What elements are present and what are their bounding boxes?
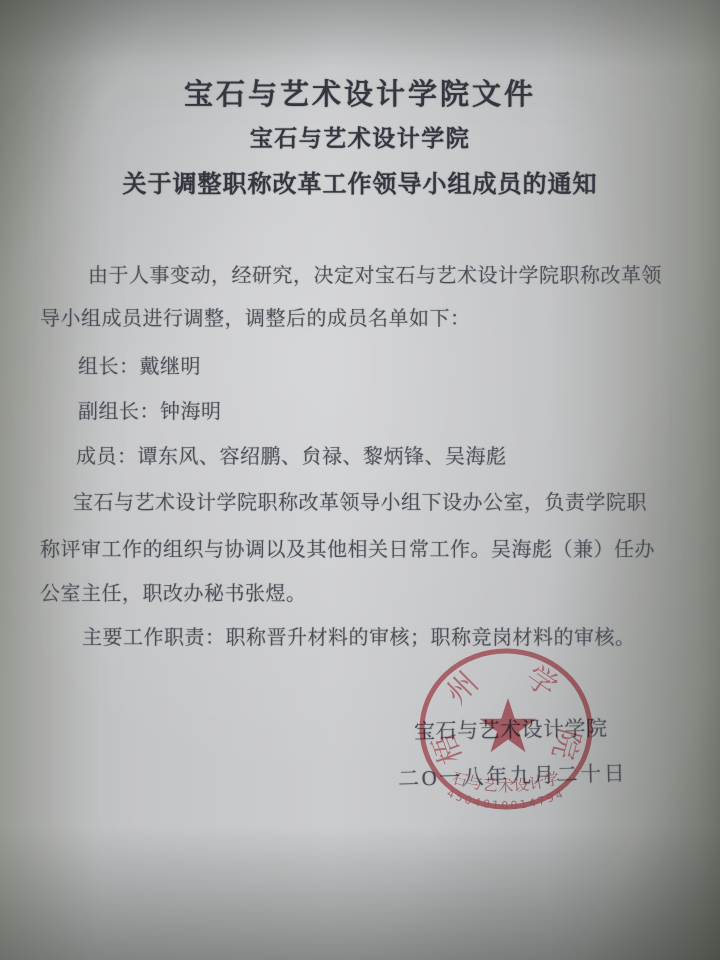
seal-outer-char-yuan: 院 bbox=[546, 725, 586, 763]
doc-issuing-org: 宝石与艺术设计学院 bbox=[0, 120, 720, 153]
seal-star-icon bbox=[480, 698, 537, 752]
doc-paragraph1-line1: 由于人事变动，经研究，决定对宝石与艺术设计学院职称改革领 bbox=[88, 259, 662, 288]
seal-outer-char-wu: 梧 bbox=[428, 729, 469, 768]
doc-paragraph3-line1: 宝石与艺术设计学院职称改革领导小组下设办公室，负责学院职 bbox=[73, 486, 647, 515]
doc-title-file-heading: 宝石与艺术设计学院文件 bbox=[0, 72, 720, 113]
doc-paragraph3-line2: 称评审工作的组织与协调以及其他相关日常工作。吴海彪（兼）任办 bbox=[40, 533, 655, 562]
doc-notice-title: 关于调整职称改革工作领导小组成员的通知 bbox=[0, 164, 720, 199]
doc-deputy-leader-line: 副组长：钟海明 bbox=[78, 395, 222, 424]
doc-members-line: 成员：谭东风、容绍鹏、贠禄、黎炳锋、吴海彪 bbox=[76, 440, 507, 469]
document-photo: 宝石与艺术设计学院文件 宝石与艺术设计学院 关于调整职称改革工作领导小组成员的通… bbox=[0, 0, 720, 960]
doc-duty-line: 主要工作职责：职称晋升材料的审核；职称竞岗材料的审核。 bbox=[82, 621, 636, 650]
doc-paragraph3-line3: 公室主任，职改办秘书张煜。 bbox=[40, 577, 307, 606]
doc-leader-line: 组长：戴继明 bbox=[78, 350, 201, 379]
doc-paragraph1-line2: 导小组成员进行调整，调整后的成员名单如下： bbox=[40, 302, 471, 331]
official-seal: 梧 州 学 院 宝石与艺术设计学院 4504010014794 bbox=[418, 648, 594, 820]
